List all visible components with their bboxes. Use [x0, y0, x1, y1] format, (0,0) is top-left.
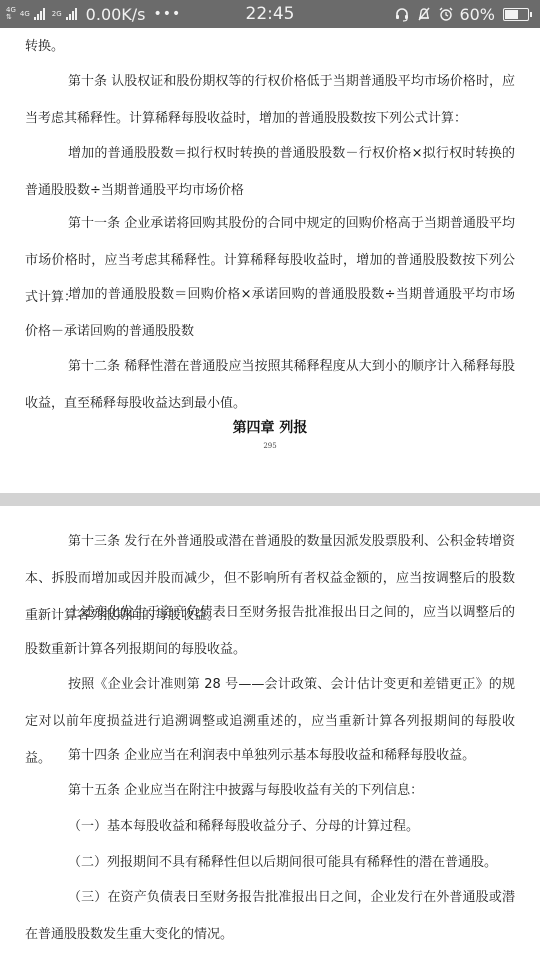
page-separator: [0, 493, 540, 506]
network-type-4g: 4G ⇅: [6, 7, 16, 21]
status-left: 4G ⇅ 4G 2G 0.00K/s •••: [6, 5, 181, 24]
alarm-icon: [437, 5, 455, 23]
paragraph-article-12: 第十二条 稀释性潜在普通股应当按照其稀释程度从大到小的顺序计入稀释每股收益，直至…: [25, 348, 515, 422]
signal-strength-icon-2: [66, 8, 77, 20]
paragraph-formula-2: 增加的普通股股数＝回购价格×承诺回购的普通股股数÷当期普通股平均市场价格－承诺回…: [25, 276, 515, 350]
list-item: （三）在资产负债表日至财务报告批准报出日之间，企业发行在外普通股或潜在普通股股数…: [25, 879, 515, 953]
bell-muted-icon: [415, 5, 433, 23]
battery-percent: 60%: [459, 5, 495, 24]
network-speed: 0.00K/s: [86, 5, 146, 24]
status-right: 60%: [393, 5, 532, 24]
list-item: （一）基本每股收益和稀释每股收益分子、分母的计算过程。: [25, 808, 515, 845]
paragraph-article-14: 第十四条 企业应当在利润表中单独列示基本每股收益和稀释每股收益。: [25, 737, 515, 774]
page-number: 295: [0, 442, 540, 450]
network-type-2g: 2G: [52, 11, 62, 18]
more-notifications-icon: •••: [154, 6, 182, 22]
chapter-title: 第四章 列报: [0, 417, 540, 437]
status-bar: 4G ⇅ 4G 2G 0.00K/s ••• 22:45 60%: [0, 0, 540, 28]
network-type-4g-2: 4G: [20, 11, 30, 18]
document-page-2[interactable]: 第十三条 发行在外普通股或潜在普通股的数量因派发股票股利、公积金转增资本、拆股而…: [0, 506, 540, 960]
paragraph-article-15: 第十五条 企业应当在附注中披露与每股收益有关的下列信息：: [25, 772, 515, 809]
data-arrows-icon: ⇅: [6, 14, 12, 21]
paragraph-formula-1: 增加的普通股股数＝拟行权时转换的普通股股数－行权价格×拟行权时转换的普通股股数÷…: [25, 135, 515, 209]
signal-strength-icon: [34, 8, 45, 20]
headset-icon: [393, 5, 411, 23]
network-label: 2G: [52, 11, 62, 18]
paragraph-article-10: 第十条 认股权证和股份期权等的行权价格低于当期普通股平均市场价格时，应当考虑其稀…: [25, 63, 515, 137]
battery-icon: [503, 8, 532, 21]
document-page-1[interactable]: 转换。 第十条 认股权证和股份期权等的行权价格低于当期普通股平均市场价格时，应当…: [0, 28, 540, 493]
list-item: （二）列报期间不具有稀释性但以后期间很可能具有稀释性的潜在普通股。: [25, 844, 515, 881]
paragraph: 上述变化发生于资产负债表日至财务报告批准报出日之间的，应当以调整后的股数重新计算…: [25, 594, 515, 668]
paragraph: 转换。: [25, 28, 515, 65]
network-label: 4G: [20, 11, 30, 18]
